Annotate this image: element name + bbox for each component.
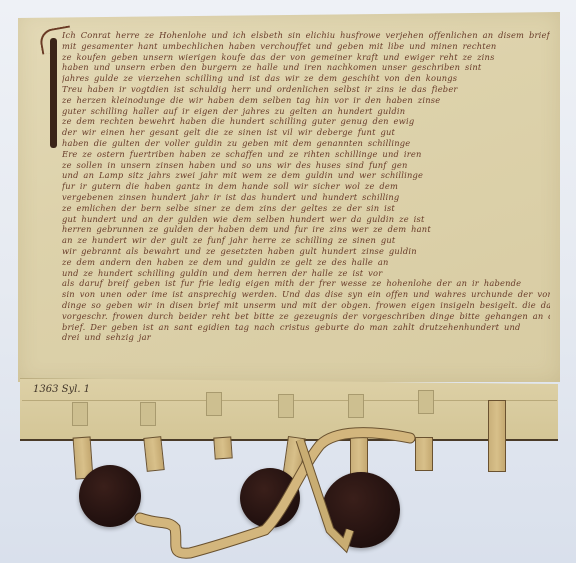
seal-ribbon [0, 0, 576, 563]
photo-scene: Ich Conrat herre ze Hohenlohe und ich el… [0, 0, 576, 563]
